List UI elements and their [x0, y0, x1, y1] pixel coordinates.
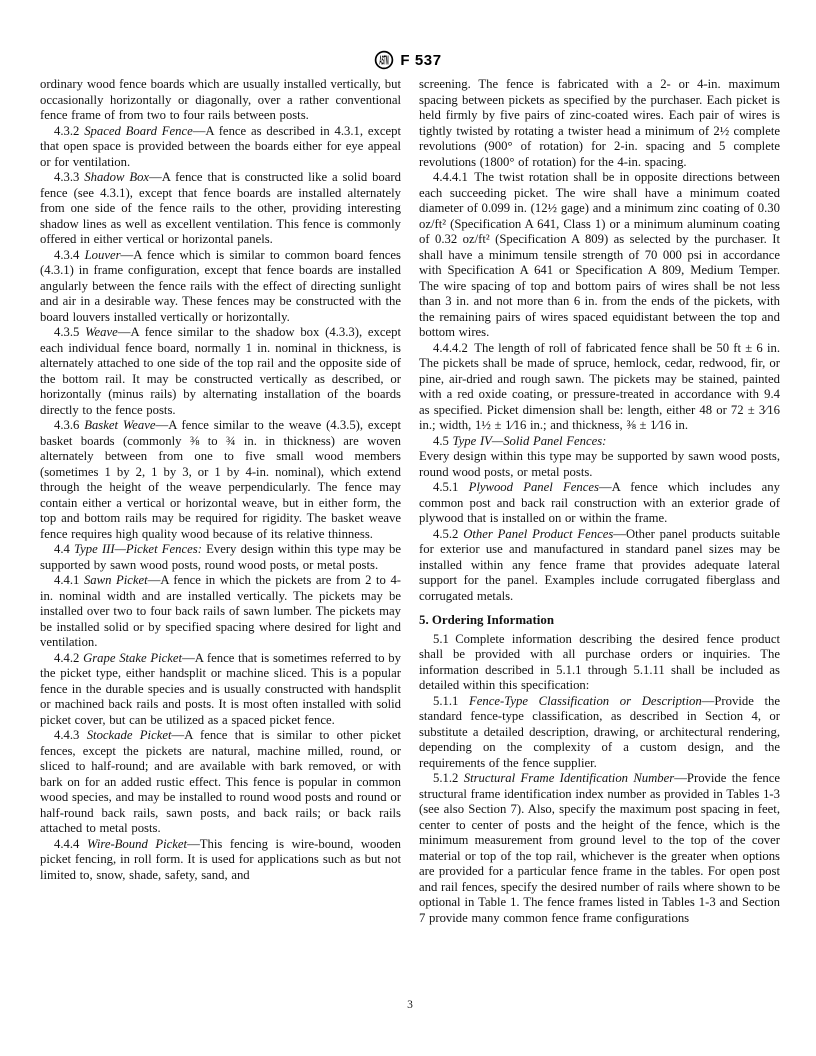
astm-logo-icon: ASTM: [374, 50, 394, 70]
section-paragraph: 4.5.2 Other Panel Product Fences—Other p…: [419, 527, 780, 605]
section-number: 4.4.1: [54, 573, 79, 587]
section-number: 4.3.3: [54, 170, 79, 184]
section-heading: 5. Ordering Information: [419, 613, 780, 629]
section-number: 4.4.4.1: [433, 170, 468, 184]
section-paragraph: 4.4 Type III—Picket Fences: Every design…: [40, 542, 401, 573]
section-title: Type IV—Solid Panel Fences:: [453, 434, 607, 448]
section-paragraph: 5.1.2 Structural Frame Identification Nu…: [419, 771, 780, 926]
section-paragraph: 4.4.3 Stockade Picket—A fence that is si…: [40, 728, 401, 837]
body-paragraph: ordinary wood fence boards which are usu…: [40, 77, 401, 124]
section-title: Wire-Bound Picket: [87, 837, 187, 851]
section-paragraph: 4.3.5 Weave—A fence similar to the shado…: [40, 325, 401, 418]
section-number: 4.3.5: [54, 325, 79, 339]
section-title: Stockade Picket: [87, 728, 172, 742]
section-paragraph: 4.3.2 Spaced Board Fence—A fence as desc…: [40, 124, 401, 171]
section-number: 4.4.3: [54, 728, 79, 742]
section-number: 4.4: [54, 542, 70, 556]
section-paragraph: 4.4.4.1 The twist rotation shall be in o…: [419, 170, 780, 341]
section-title: Other Panel Product Fences: [463, 527, 613, 541]
section-number: 4.5.2: [433, 527, 458, 541]
section-title: Fence-Type Classification or Description: [469, 694, 702, 708]
section-title: Spaced Board Fence: [84, 124, 193, 138]
section-paragraph: 4.4.2 Grape Stake Picket—A fence that is…: [40, 651, 401, 729]
left-column: ordinary wood fence boards which are usu…: [40, 77, 401, 926]
section-paragraph: 5.1.1 Fence-Type Classification or Descr…: [419, 694, 780, 772]
page-footer: 3: [40, 999, 780, 1011]
section-number: 4.4.4.2: [433, 341, 468, 355]
section-paragraph: 4.3.4 Louver—A fence which is similar to…: [40, 248, 401, 326]
two-column-body: ordinary wood fence boards which are usu…: [40, 77, 780, 926]
section-title: Plywood Panel Fences: [469, 480, 599, 494]
section-paragraph: 4.4.4.2 The length of roll of fabricated…: [419, 341, 780, 434]
document-page: ASTM F 537 ordinary wood fence boards wh…: [0, 0, 816, 1056]
section-number: 4.5.1: [433, 480, 458, 494]
section-title: Louver: [85, 248, 121, 262]
section-number: 5.1.2: [433, 771, 458, 785]
body-paragraph: screening. The fence is fabricated with …: [419, 77, 780, 170]
section-number: 4.4.4: [54, 837, 79, 851]
section-title: Grape Stake Picket: [83, 651, 182, 665]
section-title: Weave: [85, 325, 118, 339]
section-number: 5.1: [433, 632, 449, 646]
body-paragraph: Every design within this type may be sup…: [419, 449, 780, 480]
page-number: 3: [407, 999, 413, 1011]
page-header: ASTM F 537: [0, 50, 816, 70]
section-paragraph: 5.1 Complete information describing the …: [419, 632, 780, 694]
section-number: 4.3.2: [54, 124, 79, 138]
section-title: Shadow Box: [84, 170, 149, 184]
section-number: 5.1.1: [433, 694, 458, 708]
section-number: 4.4.2: [54, 651, 79, 665]
section-number: 4.5: [433, 434, 449, 448]
section-paragraph: 4.3.6 Basket Weave—A fence similar to th…: [40, 418, 401, 542]
section-title: Type III—Picket Fences:: [74, 542, 202, 556]
section-title: Sawn Picket: [84, 573, 148, 587]
section-paragraph: 4.5 Type IV—Solid Panel Fences:: [419, 434, 780, 450]
section-paragraph: 4.3.3 Shadow Box—A fence that is constru…: [40, 170, 401, 248]
section-number: 4.3.4: [54, 248, 79, 262]
document-number: F 537: [400, 52, 441, 69]
section-title: Basket Weave: [84, 418, 155, 432]
section-paragraph: 4.4.1 Sawn Picket—A fence in which the p…: [40, 573, 401, 651]
section-number: 4.3.6: [54, 418, 79, 432]
right-column: screening. The fence is fabricated with …: [419, 77, 780, 926]
section-paragraph: 4.4.4 Wire-Bound Picket—This fencing is …: [40, 837, 401, 884]
section-title: Structural Frame Identification Number: [464, 771, 675, 785]
svg-text:ASTM: ASTM: [380, 54, 389, 68]
section-paragraph: 4.5.1 Plywood Panel Fences—A fence which…: [419, 480, 780, 527]
